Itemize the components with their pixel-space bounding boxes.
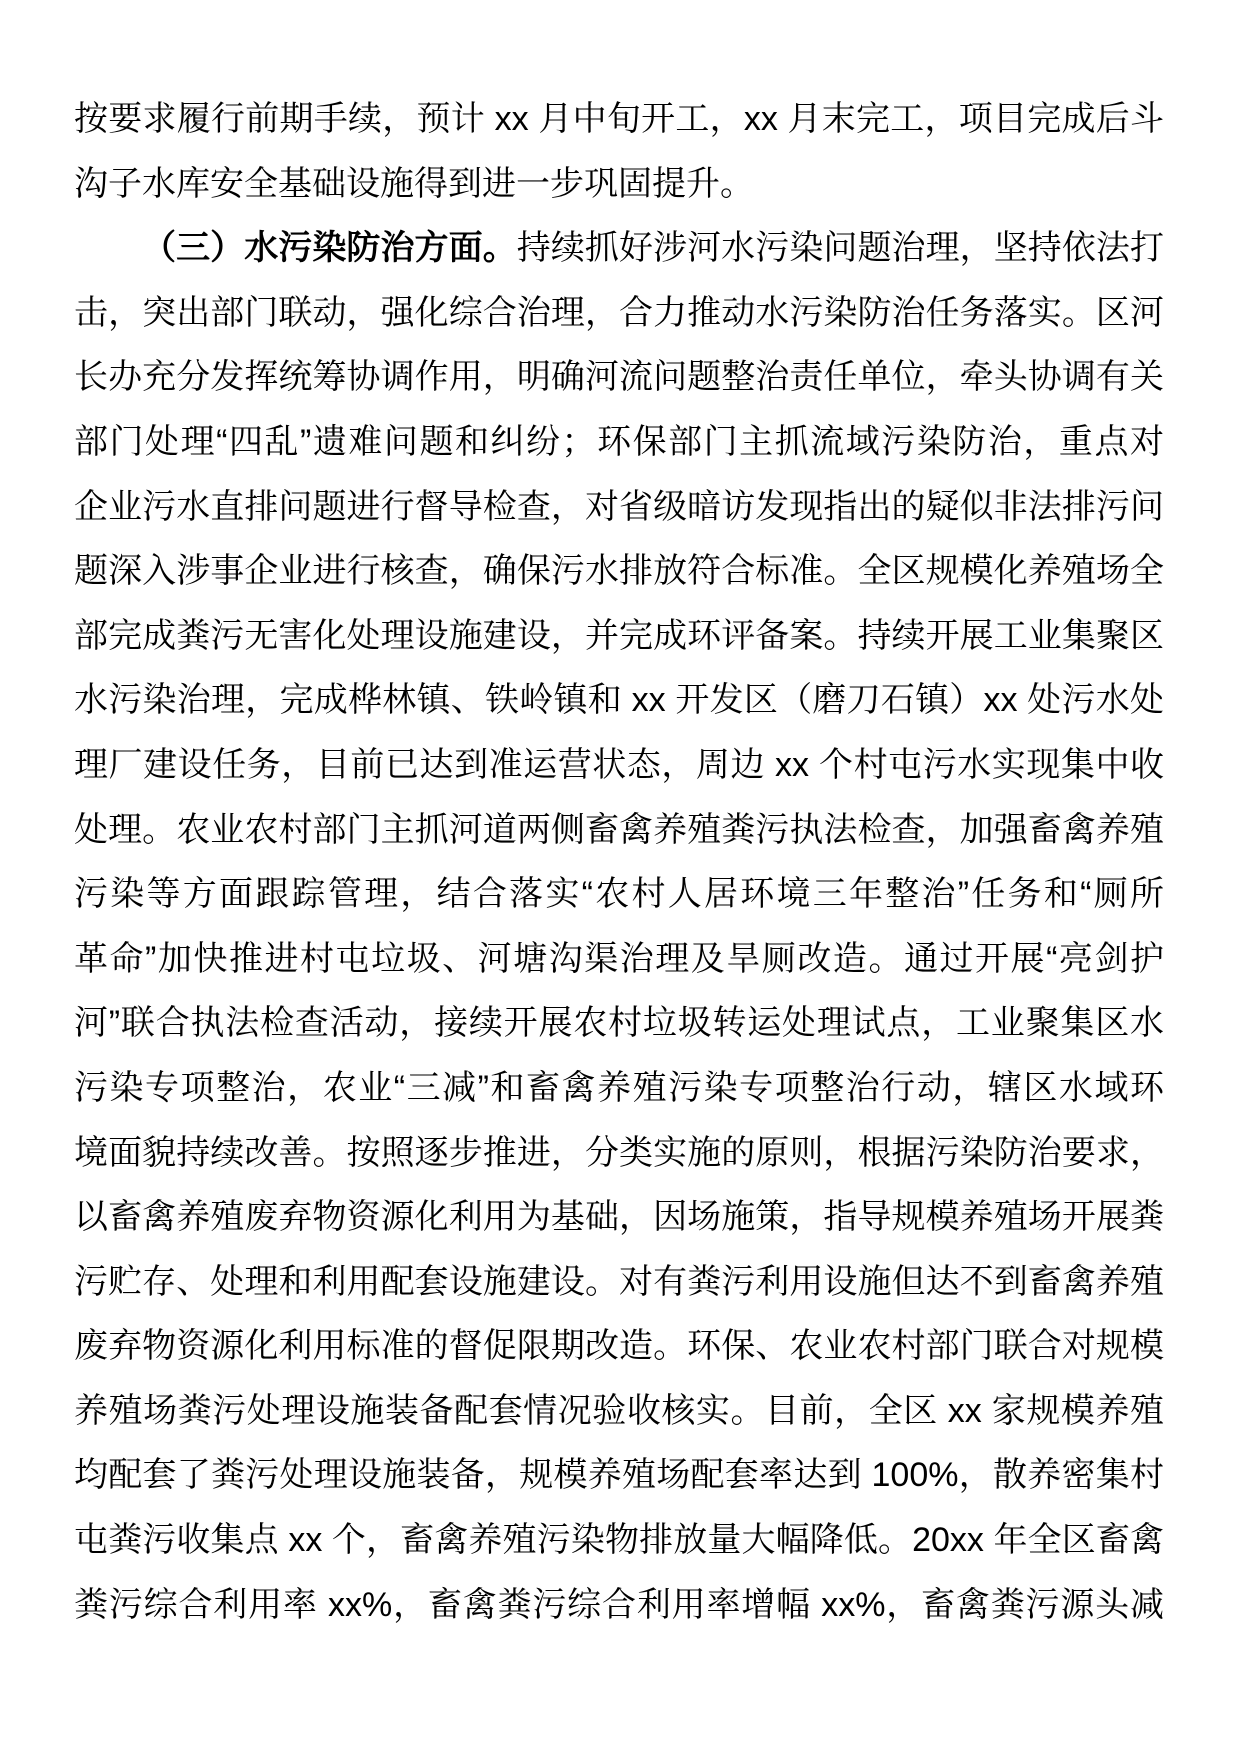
text-line: 沟子水库安全基础设施得到进一步巩固提升。 [74,152,1164,217]
text-line: 以畜禽养殖废弃物资源化利用为基础，因场施策，指导规模养殖场开展粪 [74,1185,1164,1250]
document-page: 按要求履行前期手续，预计 xx 月中旬开工，xx 月末完工，项目完成后斗 沟子水… [0,0,1240,1754]
text-line: 污贮存、处理和利用配套设施建设。对有粪污利用设施但达不到畜禽养殖 [74,1250,1164,1315]
text-line: 污染专项整治，农业“三减”和畜禽养殖污染专项整治行动，辖区水域环 [74,1056,1164,1121]
text-line: 污染等方面跟踪管理，结合落实“农村人居环境三年整治”任务和“厕所 [74,862,1164,927]
text-line: 题深入涉事企业进行核查，确保污水排放符合标准。全区规模化养殖场全 [74,539,1164,604]
text-line: 部完成粪污无害化处理设施建设，并完成环评备案。持续开展工业集聚区 [74,604,1164,669]
text-line: 击，突出部门联动，强化综合治理，合力推动水污染防治任务落实。区河 [74,281,1164,346]
text-line: 部门处理“四乱”遗难问题和纠纷；环保部门主抓流域污染防治，重点对 [74,410,1164,475]
section-heading-line: （三）水污染防治方面。持续抓好涉河水污染问题治理，坚持依法打 [74,216,1164,281]
text-line: 河”联合执法检查活动，接续开展农村垃圾转运处理试点，工业聚集区水 [74,991,1164,1056]
text-line: 境面貌持续改善。按照逐步推进，分类实施的原则，根据污染防治要求， [74,1121,1164,1186]
text-line: 革命”加快推进村屯垃圾、河塘沟渠治理及旱厕改造。通过开展“亮剑护 [74,927,1164,992]
text-line: 企业污水直排问题进行督导检查，对省级暗访发现指出的疑似非法排污问 [74,475,1164,540]
text-line: 按要求履行前期手续，预计 xx 月中旬开工，xx 月末完工，项目完成后斗 [74,87,1164,152]
text-line: 屯粪污收集点 xx 个，畜禽养殖污染物排放量大幅降低。20xx 年全区畜禽 [74,1508,1164,1573]
text-line: 水污染治理，完成桦林镇、铁岭镇和 xx 开发区（磨刀石镇）xx 处污水处 [74,668,1164,733]
section-heading-following-text: 持续抓好涉河水污染问题治理，坚持依法打 [517,229,1164,267]
document-content: 按要求履行前期手续，预计 xx 月中旬开工，xx 月末完工，项目完成后斗 沟子水… [74,87,1164,1637]
text-line: 均配套了粪污处理设施装备，规模养殖场配套率达到 100%，散养密集村 [74,1443,1164,1508]
text-line: 粪污综合利用率 xx%，畜禽粪污综合利用率增幅 xx%，畜禽粪污源头减 [74,1573,1164,1638]
section-heading-title: （三）水污染防治方面。 [142,229,517,267]
text-line: 废弃物资源化利用标准的督促限期改造。环保、农业农村部门联合对规模 [74,1314,1164,1379]
text-line: 养殖场粪污处理设施装备配套情况验收核实。目前，全区 xx 家规模养殖场 [74,1379,1164,1444]
text-line: 长办充分发挥统筹协调作用，明确河流问题整治责任单位，牵头协调有关 [74,345,1164,410]
text-line: 理厂建设任务，目前已达到准运营状态，周边 xx 个村屯污水实现集中收集 [74,733,1164,798]
text-line: 处理。农业农村部门主抓河道两侧畜禽养殖粪污执法检查，加强畜禽养殖 [74,798,1164,863]
